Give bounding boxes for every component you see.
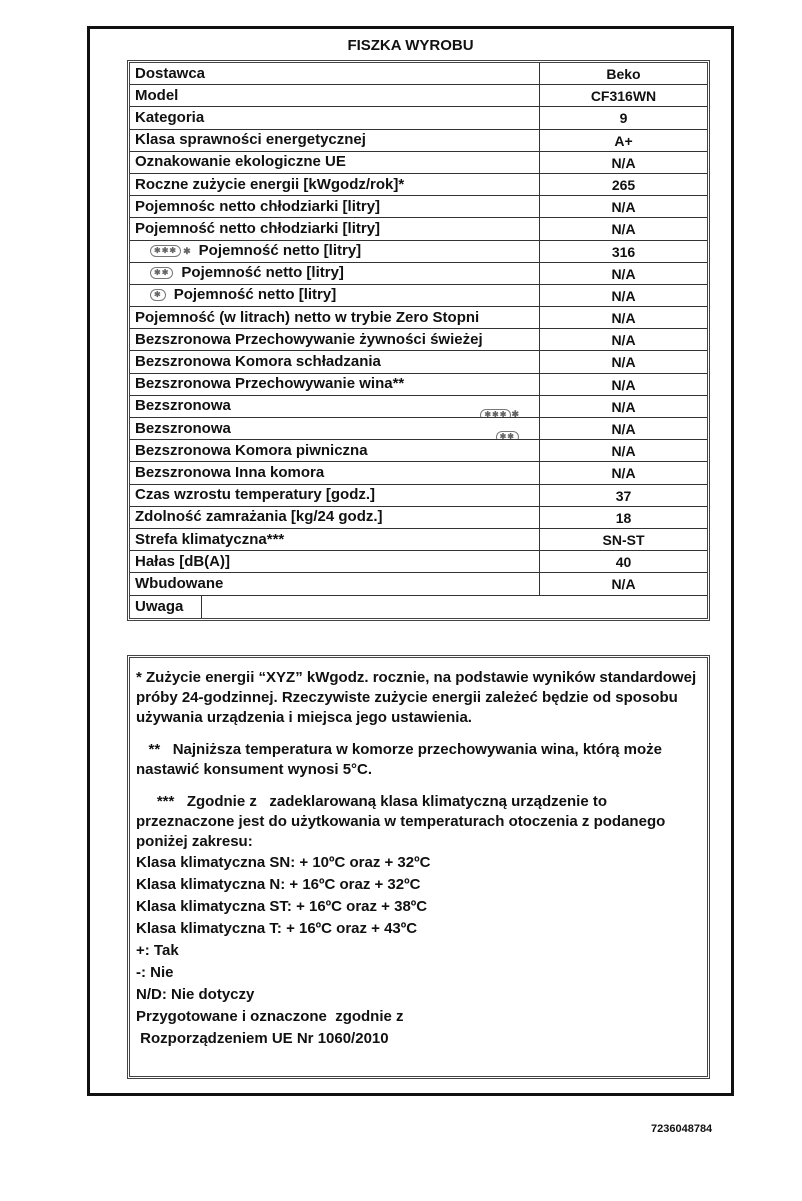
row-label: Pojemność netto chłodziarki [litry] bbox=[130, 218, 540, 239]
row-label-text: Bezszronowa Komora schładzania bbox=[135, 351, 381, 372]
row-value: 18 bbox=[540, 507, 707, 528]
table-row: Bezszronowa Przechowywanie wina**N/A bbox=[130, 374, 707, 396]
row-value: N/A bbox=[540, 374, 707, 395]
row-label: ✱✱Pojemność netto [litry] bbox=[130, 263, 540, 284]
row-value: N/A bbox=[540, 263, 707, 284]
row-label: Klasa sprawności energetycznej bbox=[130, 130, 540, 151]
legend-line: Przygotowane i oznaczone zgodnie z bbox=[136, 1006, 701, 1028]
row-label: Pojemnośc netto chłodziarki [litry] bbox=[130, 196, 540, 217]
row-label-text: Pojemnośc netto chłodziarki [litry] bbox=[135, 196, 380, 217]
row-value: N/A bbox=[540, 307, 707, 328]
row-label: Strefa klimatyczna*** bbox=[130, 529, 540, 550]
row-label-text: Kategoria bbox=[135, 107, 204, 128]
row-label: Hałas [dB(A)] bbox=[130, 551, 540, 572]
row-label: Oznakowanie ekologiczne UE bbox=[130, 152, 540, 173]
climate-class-line: Klasa klimatyczna SN: + 10ºC oraz + 32ºC bbox=[136, 852, 701, 874]
row-value: N/A bbox=[540, 462, 707, 483]
legend-line: N/D: Nie dotyczy bbox=[136, 984, 701, 1006]
table-row: DostawcaBeko bbox=[130, 63, 707, 85]
row-label-text: Bezszronowa Przechowywanie wina** bbox=[135, 374, 404, 395]
note-climate: *** Zgodnie z zadeklarowaną klasa klimat… bbox=[136, 792, 701, 852]
star-icon: ✱ bbox=[511, 409, 519, 417]
row-value: N/A bbox=[540, 418, 707, 439]
row-label-text: Bezszronowa bbox=[135, 396, 231, 417]
row-label-text: Bezszronowa Inna komora bbox=[135, 462, 324, 483]
row-value: CF316WN bbox=[540, 85, 707, 106]
row-value: N/A bbox=[540, 329, 707, 350]
table-row-uwaga: Uwaga bbox=[130, 596, 707, 618]
four-star-freezer-icon: ✱✱✱ bbox=[150, 245, 181, 257]
row-value: 9 bbox=[540, 107, 707, 128]
uwaga-value bbox=[202, 596, 707, 618]
climate-class-line: Klasa klimatyczna T: + 16ºC oraz + 43ºC bbox=[136, 918, 701, 940]
table-row: Pojemnośc netto chłodziarki [litry]N/A bbox=[130, 196, 707, 218]
row-value: A+ bbox=[540, 130, 707, 151]
row-label-text: Bezszronowa Komora piwniczna bbox=[135, 440, 368, 461]
row-value: 40 bbox=[540, 551, 707, 572]
climate-class-line: Klasa klimatyczna ST: + 16ºC oraz + 38ºC bbox=[136, 896, 701, 918]
table-row: Hałas [dB(A)]40 bbox=[130, 551, 707, 573]
row-label-text: Roczne zużycie energii [kWgodz/rok]* bbox=[135, 174, 404, 195]
spec-table: DostawcaBekoModelCF316WNKategoria9Klasa … bbox=[127, 60, 710, 621]
row-label-text: Model bbox=[135, 85, 178, 106]
table-row: ModelCF316WN bbox=[130, 85, 707, 107]
row-label: Dostawca bbox=[130, 63, 540, 84]
row-label-text: Dostawca bbox=[135, 63, 205, 84]
table-row: Bezszronowa Komora schładzaniaN/A bbox=[130, 351, 707, 373]
note-energy: * Zużycie energii “XYZ” kWgodz. rocznie,… bbox=[136, 668, 701, 728]
row-value: 316 bbox=[540, 241, 707, 262]
table-row: Bezszronowa Przechowywanie żywności świe… bbox=[130, 329, 707, 351]
one-star-freezer-icon: ✱ bbox=[150, 289, 166, 301]
row-label: Pojemność (w litrach) netto w trybie Zer… bbox=[130, 307, 540, 328]
row-value: Beko bbox=[540, 63, 707, 84]
row-label: Kategoria bbox=[130, 107, 540, 128]
two-star-freezer-icon: ✱✱ bbox=[496, 431, 519, 439]
row-label-text: Zdolność zamrażania [kg/24 godz.] bbox=[135, 507, 383, 528]
table-row: ✱Pojemność netto [litry]N/A bbox=[130, 285, 707, 307]
row-label: Zdolność zamrażania [kg/24 godz.] bbox=[130, 507, 540, 528]
legend-line: Rozporządzeniem UE Nr 1060/2010 bbox=[136, 1028, 701, 1050]
row-label: ✱Pojemność netto [litry] bbox=[130, 285, 540, 306]
table-row: Kategoria9 bbox=[130, 107, 707, 129]
row-label: Bezszronowa Przechowywanie wina** bbox=[130, 374, 540, 395]
table-row: Bezszronowa Inna komoraN/A bbox=[130, 462, 707, 484]
row-label-text: Pojemność netto [litry] bbox=[181, 263, 344, 284]
row-label-text: Wbudowane bbox=[135, 573, 223, 594]
legend-line: -: Nie bbox=[136, 962, 701, 984]
table-row: Bezszronowa✱✱N/A bbox=[130, 418, 707, 440]
table-row: Klasa sprawności energetycznejA+ bbox=[130, 130, 707, 152]
row-label-text: Pojemność netto chłodziarki [litry] bbox=[135, 218, 380, 239]
row-label-text: Oznakowanie ekologiczne UE bbox=[135, 152, 346, 173]
row-value: N/A bbox=[540, 573, 707, 594]
row-label: Bezszronowa Przechowywanie żywności świe… bbox=[130, 329, 540, 350]
row-label: Bezszronowa Komora piwniczna bbox=[130, 440, 540, 461]
four-star-freezer-icon: ✱✱✱ bbox=[480, 409, 511, 417]
uwaga-label: Uwaga bbox=[130, 596, 202, 618]
row-label: Roczne zużycie energii [kWgodz/rok]* bbox=[130, 174, 540, 195]
table-row: ✱✱Pojemność netto [litry]N/A bbox=[130, 263, 707, 285]
row-label: Bezszronowa✱✱✱✱ bbox=[130, 396, 540, 417]
freezer-rating-icon-group: ✱✱✱✱ bbox=[480, 402, 519, 417]
row-value: N/A bbox=[540, 440, 707, 461]
row-value: N/A bbox=[540, 152, 707, 173]
row-value: N/A bbox=[540, 396, 707, 417]
row-label-text: Strefa klimatyczna*** bbox=[135, 529, 284, 550]
row-label-text: Pojemność (w litrach) netto w trybie Zer… bbox=[135, 307, 479, 328]
freezer-rating-icon-group: ✱✱ bbox=[496, 424, 519, 439]
table-row: Pojemność netto chłodziarki [litry]N/A bbox=[130, 218, 707, 240]
row-label: ✱✱✱✱Pojemność netto [litry] bbox=[130, 241, 540, 262]
row-label-text: Klasa sprawności energetycznej bbox=[135, 130, 366, 151]
table-row: Zdolność zamrażania [kg/24 godz.]18 bbox=[130, 507, 707, 529]
row-label: Model bbox=[130, 85, 540, 106]
row-label: Bezszronowa Inna komora bbox=[130, 462, 540, 483]
row-label: Bezszronowa✱✱ bbox=[130, 418, 540, 439]
row-value: N/A bbox=[540, 285, 707, 306]
table-row: Oznakowanie ekologiczne UEN/A bbox=[130, 152, 707, 174]
row-label: Czas wzrostu temperatury [godz.] bbox=[130, 485, 540, 506]
row-label-text: Bezszronowa Przechowywanie żywności świe… bbox=[135, 329, 483, 350]
climate-class-line: Klasa klimatyczna N: + 16ºC oraz + 32ºC bbox=[136, 874, 701, 896]
row-value: N/A bbox=[540, 196, 707, 217]
row-label: Wbudowane bbox=[130, 573, 540, 594]
row-value: 265 bbox=[540, 174, 707, 195]
document-code: 7236048784 bbox=[651, 1123, 712, 1135]
table-row: ✱✱✱✱Pojemność netto [litry]316 bbox=[130, 241, 707, 263]
row-label-text: Pojemność netto [litry] bbox=[199, 241, 362, 262]
row-value: N/A bbox=[540, 351, 707, 372]
legend-line: +: Tak bbox=[136, 940, 701, 962]
row-label-text: Bezszronowa bbox=[135, 418, 231, 439]
table-row: WbudowaneN/A bbox=[130, 573, 707, 595]
footnotes-box: * Zużycie energii “XYZ” kWgodz. rocznie,… bbox=[127, 655, 710, 1079]
row-value: SN-ST bbox=[540, 529, 707, 550]
row-label-text: Pojemność netto [litry] bbox=[174, 285, 337, 306]
two-star-freezer-icon: ✱✱ bbox=[150, 267, 173, 279]
table-row: Czas wzrostu temperatury [godz.]37 bbox=[130, 485, 707, 507]
table-row: Pojemność (w litrach) netto w trybie Zer… bbox=[130, 307, 707, 329]
row-label: Bezszronowa Komora schładzania bbox=[130, 351, 540, 372]
row-label-text: Czas wzrostu temperatury [godz.] bbox=[135, 485, 375, 506]
row-label-text: Hałas [dB(A)] bbox=[135, 551, 230, 572]
table-row: Bezszronowa Komora piwnicznaN/A bbox=[130, 440, 707, 462]
table-row: Strefa klimatyczna***SN-ST bbox=[130, 529, 707, 551]
star-icon: ✱ bbox=[183, 241, 191, 262]
page-title: FISZKA WYROBU bbox=[90, 37, 731, 54]
row-value: N/A bbox=[540, 218, 707, 239]
row-value: 37 bbox=[540, 485, 707, 506]
table-row: Bezszronowa✱✱✱✱N/A bbox=[130, 396, 707, 418]
table-row: Roczne zużycie energii [kWgodz/rok]*265 bbox=[130, 174, 707, 196]
note-wine: ** Najniższa temperatura w komorze przec… bbox=[136, 740, 701, 780]
